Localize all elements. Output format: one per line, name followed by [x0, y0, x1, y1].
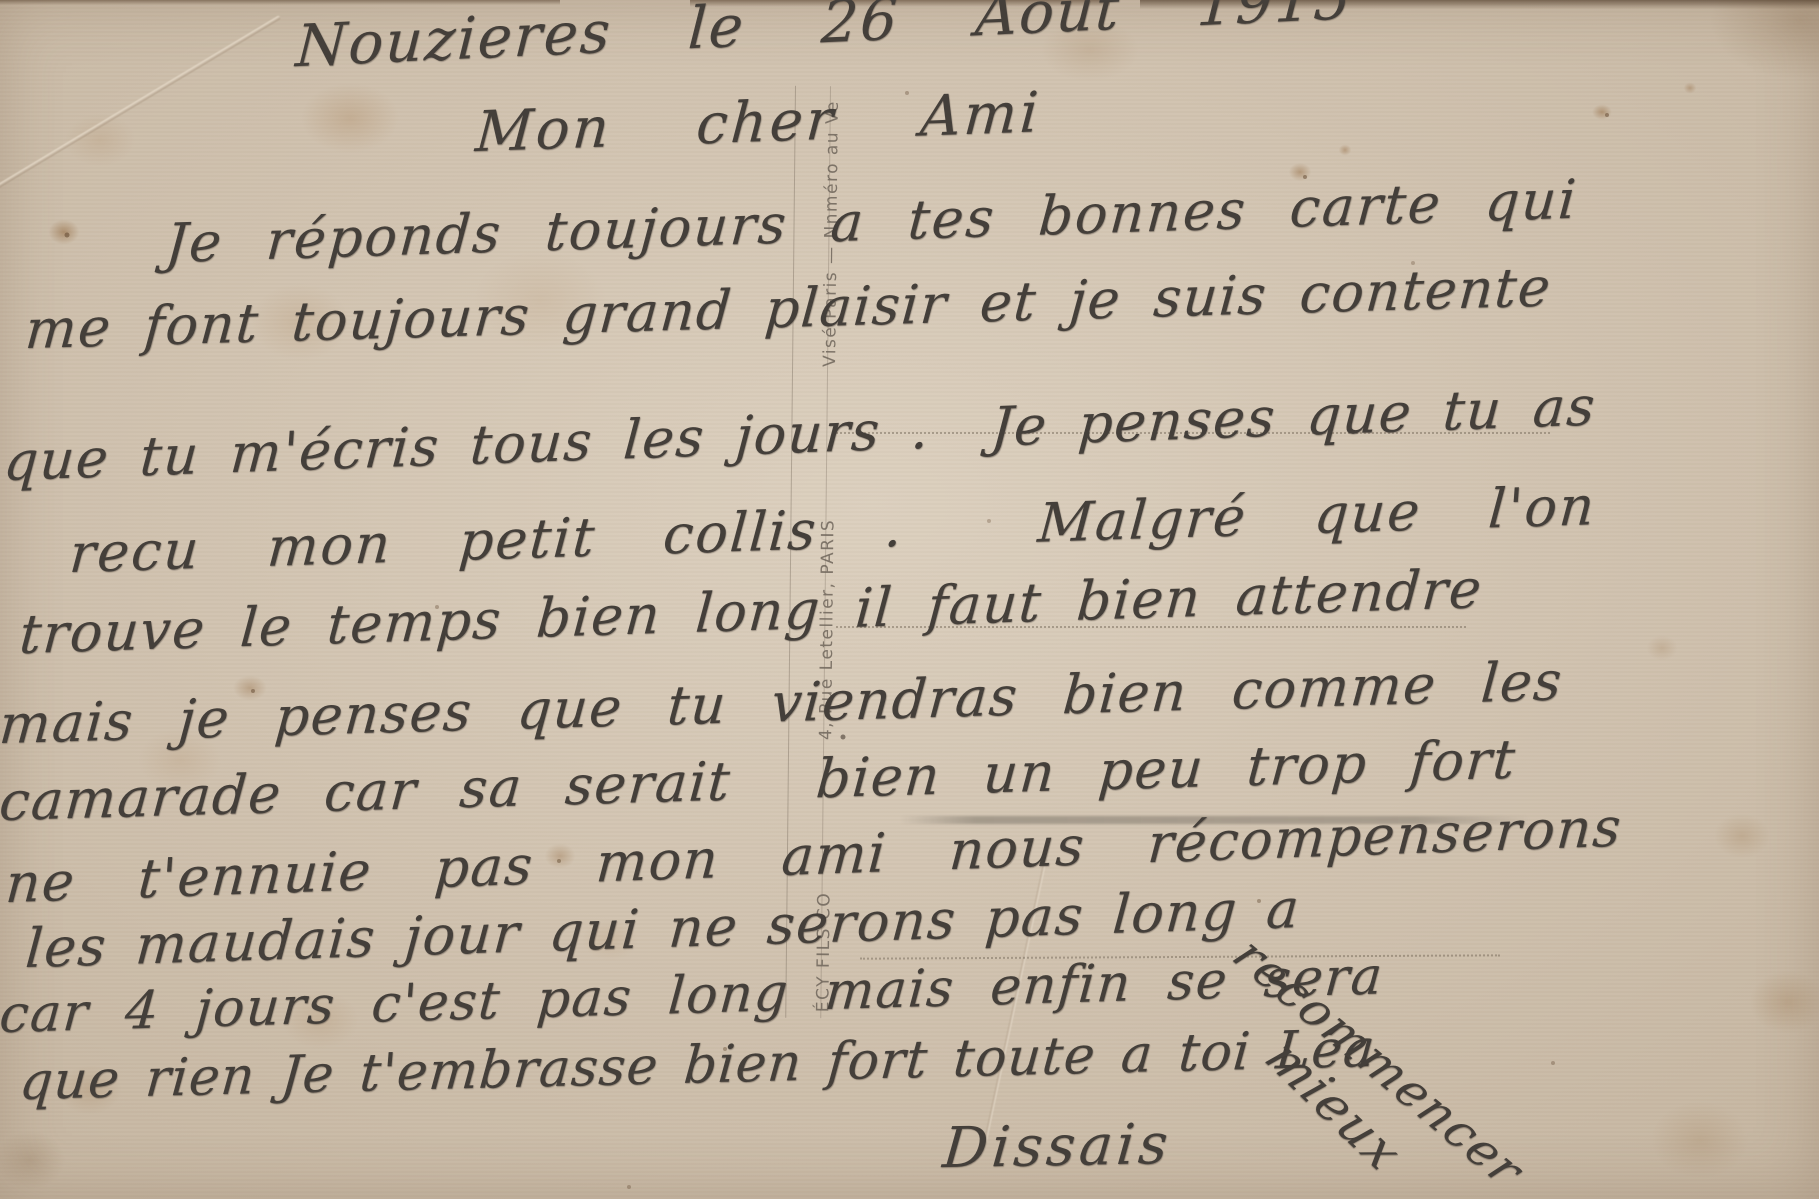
handwriting-line: Nouzieres le 26 Août 1915	[294, 0, 1355, 80]
foxing-specks	[0, 0, 2, 2]
handwriting-line: Dissais	[940, 1112, 1174, 1181]
handwriting-line: Je réponds toujours a tes bonnes carte q…	[163, 168, 1580, 276]
crease-mark	[0, 15, 281, 191]
handwriting-line: Mon cher Ami	[473, 80, 1043, 165]
postcard-paper: ÉCY FILS CO 4, Rue Letellier, PARIS Visé…	[0, 0, 1819, 1199]
